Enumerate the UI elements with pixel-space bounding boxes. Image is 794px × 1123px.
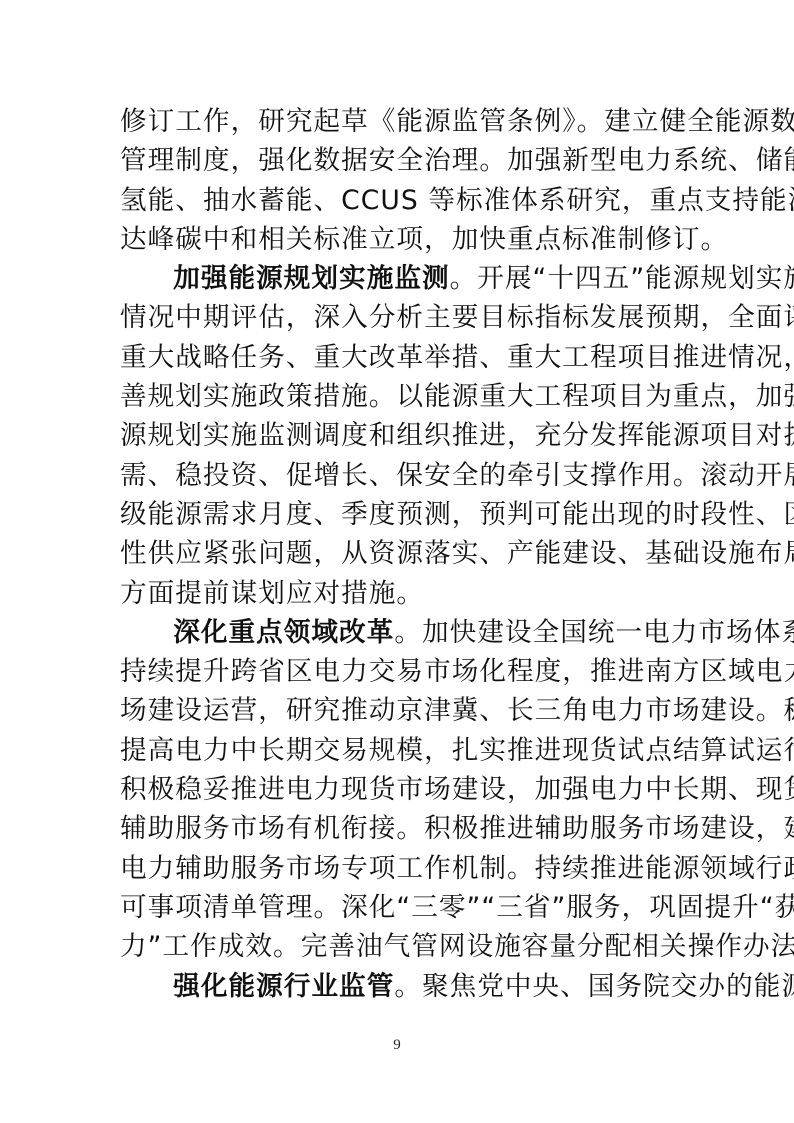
text-line: 重大战略任务、重大改革举措、重大工程项目推进情况，完 (120, 338, 676, 377)
text-line: 方面提前谋划应对措施。 (120, 574, 676, 613)
text-line: 提高电力中长期交易规模，扎实推进现货试点结算试运行， (120, 731, 676, 770)
text-fragment: 。加快建设全国统一电力市场体系， (394, 617, 794, 648)
text-line: 积极稳妥推进电力现货市场建设，加强电力中长期、现货和 (120, 770, 676, 809)
text-line: 持续提升跨省区电力交易市场化程度，推进南方区域电力市 (120, 652, 676, 691)
text-line: 可事项清单管理。深化“三零”“三省”服务，巩固提升“获得电 (120, 888, 676, 927)
text-line: 场建设运营，研究推动京津冀、长三角电力市场建设。稳步 (120, 691, 676, 730)
text-line: 电力辅助服务市场专项工作机制。持续推进能源领域行政许 (120, 849, 676, 888)
text-line: 性供应紧张问题，从资源落实、产能建设、基础设施布局等 (120, 534, 676, 573)
text-line: 管理制度，强化数据安全治理。加强新型电力系统、储能、 (120, 141, 676, 180)
text-line: 力”工作成效。完善油气管网设施容量分配相关操作办法。 (120, 927, 676, 966)
text-fragment: 。聚焦党中央、国务院交办的能源领 (394, 971, 794, 1002)
text-line: 情况中期评估，深入分析主要目标指标发展预期，全面评估 (120, 298, 676, 337)
text-line: 修订工作，研究起草《能源监管条例》。建立健全能源数据 (120, 102, 676, 141)
text-line: 需、稳投资、促增长、保安全的牵引支撑作用。滚动开展省 (120, 456, 676, 495)
paragraph-heading: 强化能源行业监管 (173, 971, 394, 1002)
text-line: 善规划实施政策措施。以能源重大工程项目为重点，加强能 (120, 377, 676, 416)
document-page: 修订工作，研究起草《能源监管条例》。建立健全能源数据 管理制度，强化数据安全治理… (0, 0, 794, 1123)
text-line: 级能源需求月度、季度预测，预判可能出现的时段性、区域 (120, 495, 676, 534)
paragraph-heading: 深化重点领域改革 (173, 617, 394, 648)
text-line: 辅助服务市场有机衔接。积极推进辅助服务市场建设，建立 (120, 809, 676, 848)
paragraph-first-line: 加强能源规划实施监测。开展“十四五”能源规划实施 (120, 259, 676, 298)
text-line: 氢能、抽水蓄能、CCUS 等标准体系研究，重点支持能源碳 (120, 181, 676, 220)
text-line: 源规划实施监测调度和组织推进，充分发挥能源项目对扩内 (120, 416, 676, 455)
text-fragment: 。开展“十四五”能源规划实施 (450, 263, 794, 294)
page-number: 9 (0, 1037, 794, 1054)
paragraph-heading: 加强能源规划实施监测 (173, 263, 449, 294)
paragraph-first-line: 深化重点领域改革。加快建设全国统一电力市场体系， (120, 613, 676, 652)
text-line: 达峰碳中和相关标准立项，加快重点标准制修订。 (120, 220, 676, 259)
paragraph-first-line: 强化能源行业监管。聚焦党中央、国务院交办的能源领 (120, 967, 676, 1006)
document-body: 修订工作，研究起草《能源监管条例》。建立健全能源数据 管理制度，强化数据安全治理… (120, 102, 676, 1006)
